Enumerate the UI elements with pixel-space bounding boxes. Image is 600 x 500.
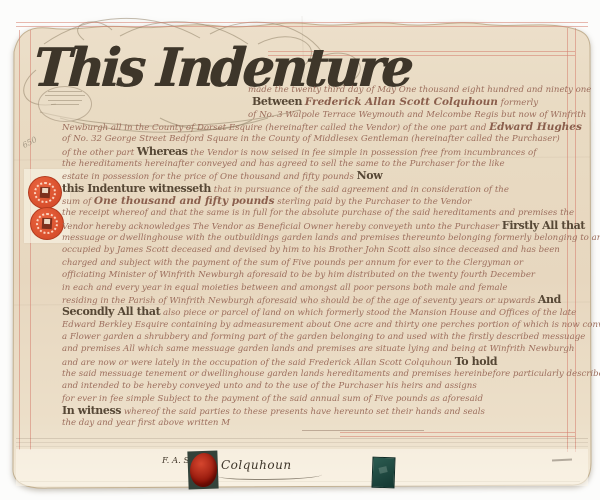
fold-crease xyxy=(20,481,580,482)
deed-line: In witness whereof the said parties to t… xyxy=(62,405,570,417)
deed-line: Between Frederick Allan Scott Colquhoun … xyxy=(62,96,570,108)
deed-line: a Flower garden a shrubbery and forming … xyxy=(62,331,570,343)
head-rule-lower xyxy=(16,26,588,27)
deed-line: Secondly All that also piece or parcel o… xyxy=(62,306,570,318)
fold-crease xyxy=(16,442,588,443)
deed-line: for ever in fee simple Subject to the pa… xyxy=(62,393,570,405)
margin-rule-left-outer xyxy=(19,30,20,450)
stationer-blind-stamp-icon xyxy=(38,86,92,122)
revenue-stamp-icon xyxy=(30,207,64,240)
deed-line: messuage or dwellinghouse with the outbu… xyxy=(62,232,570,244)
deed-line: the hereditaments hereinafter conveyed a… xyxy=(62,158,570,170)
deed-line: the said messuage tenement or dwellingho… xyxy=(62,368,570,380)
stamp-cameo xyxy=(40,187,51,199)
deed-line: in each and every year in equal moieties… xyxy=(62,282,570,294)
deed-line: the day and year first above written M xyxy=(62,417,570,429)
foot-rule-upper xyxy=(340,432,575,433)
deed-line: officiating Minister of Winfrith Newburg… xyxy=(62,269,570,281)
deed-line: Vendor hereby acknowledges The Vendor as… xyxy=(62,220,570,232)
deed-body-text: made the twenty third day of May One tho… xyxy=(62,84,570,430)
deed-line: of No. 3 Walpole Terrace Weymouth and Me… xyxy=(62,109,570,121)
fold-crease xyxy=(16,438,588,439)
deed-line: this Indenture witnesseth that in pursua… xyxy=(62,183,570,195)
deed-line: occupied by James Scott deceased and dev… xyxy=(62,244,570,256)
revenue-stamp-icon xyxy=(28,176,62,209)
deed-line: Newburgh all in the County of Dorset Esq… xyxy=(62,121,570,133)
fold-crease xyxy=(16,446,588,447)
teal-wafer-seal-icon xyxy=(371,457,395,489)
head-rule-upper xyxy=(16,22,588,23)
deed-line: the receipt whereof and that the same is… xyxy=(62,207,570,219)
deed-line: made the twenty third day of May One tho… xyxy=(62,84,570,96)
signature-surname: Colquhoun xyxy=(221,458,292,472)
deed-photo: This Indenture 650 made the twenty third… xyxy=(0,0,600,500)
deed-line: and intended to be hereby conveyed unto … xyxy=(62,380,570,392)
closing-flourish-line xyxy=(302,430,424,431)
deed-line: of the other part Whereas the Vendor is … xyxy=(62,146,570,158)
deed-line: charged and subject with the payment of … xyxy=(62,257,570,269)
stamp-cameo xyxy=(42,218,53,230)
foot-rule-lower xyxy=(340,436,575,437)
deed-line: and are now or were lately in the occupa… xyxy=(62,356,570,368)
deed-line: sum of One thousand and fifty pounds ste… xyxy=(62,195,570,207)
deed-line: Edward Berkley Esquire containing by adm… xyxy=(62,319,570,331)
